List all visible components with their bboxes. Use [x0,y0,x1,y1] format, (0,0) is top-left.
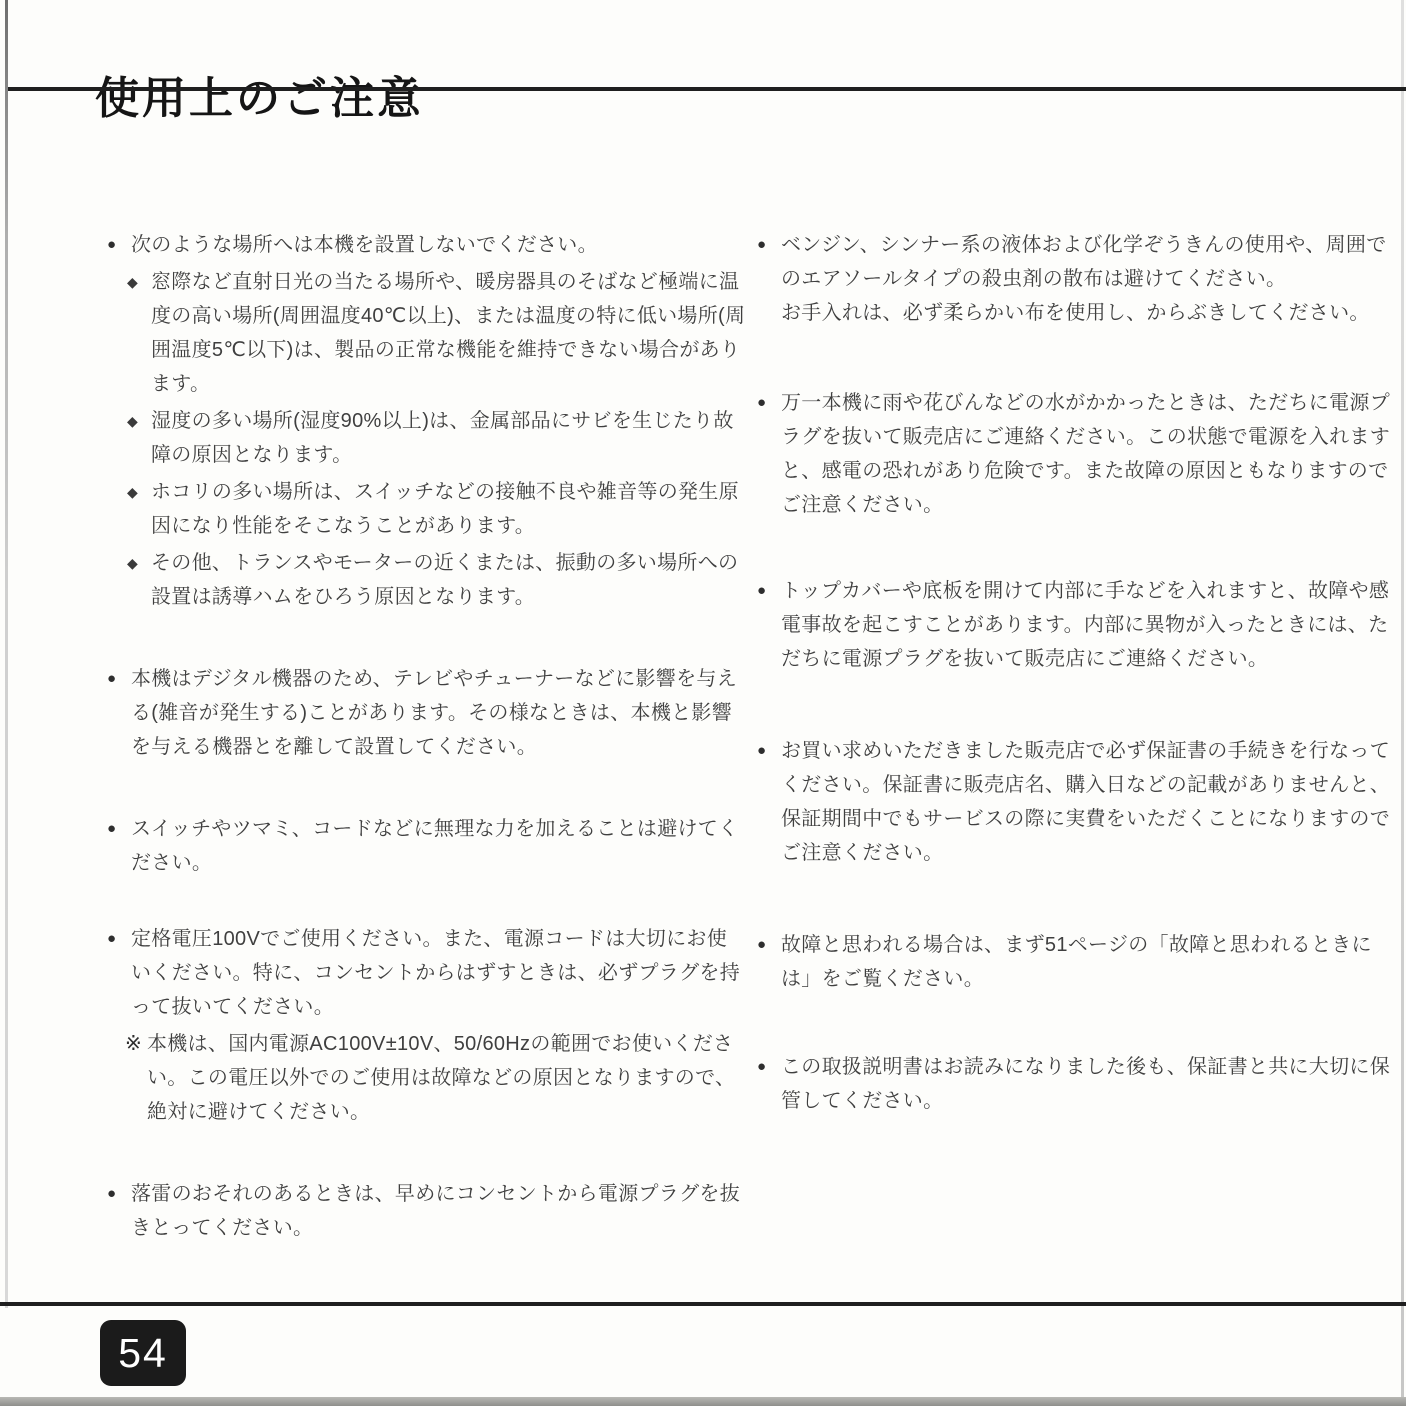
page-number: 54 [118,1330,168,1377]
precaution-text: 本機は、国内電源AC100V±10V、50/60Hzの範囲でお使いください。この… [147,1027,747,1129]
precaution-text: 本機はデジタル機器のため、テレビやチューナーなどに影響を与える(雑音が発生する)… [131,662,747,764]
bullet-icon: ● [757,928,781,962]
precaution-text-line2: お手入れは、必ず柔らかい布を使用し、からぶきしてください。 [781,302,1370,324]
bullet-icon: ● [107,228,131,262]
precaution-item: ● スイッチやツマミ、コードなどに無理な力を加えることは避けてください。 [107,812,747,880]
scan-edge-left [5,0,8,1308]
precaution-item: ● 本機はデジタル機器のため、テレビやチューナーなどに影響を与える(雑音が発生す… [107,662,747,764]
diamond-icon: ◆ [127,546,151,580]
left-column: ● 次のような場所へは本機を設置しないでください。 ◆ 窓際など直射日光の当たる… [107,228,747,1245]
bullet-icon: ● [757,1050,781,1084]
precaution-text: お買い求めいただきました販売店で必ず保証書の手続きを行なってください。保証書に販… [781,734,1397,870]
precaution-item: ● 落雷のおそれのあるときは、早めにコンセントから電源プラグを抜きとってください… [107,1177,747,1245]
precaution-text-line1: ベンジン、シンナー系の液体および化学ぞうきんの使用や、周囲でのエアソールタイプの… [781,234,1387,290]
precaution-text: 万一本機に雨や花びんなどの水がかかったときは、ただちに電源プラグを抜いて販売店に… [781,386,1397,522]
bullet-icon: ● [757,228,781,262]
bullet-icon: ● [107,922,131,956]
precaution-text: スイッチやツマミ、コードなどに無理な力を加えることは避けてください。 [131,812,747,880]
precaution-text: その他、トランスやモーターの近くまたは、振動の多い場所への設置は誘導ハムをひろう… [151,546,747,614]
bullet-icon: ● [757,574,781,608]
precaution-note: ※ 本機は、国内電源AC100V±10V、50/60Hzの範囲でお使いください。… [125,1027,747,1129]
page-number-badge: 54 [100,1320,186,1386]
diamond-icon: ◆ [127,265,151,299]
bullet-icon: ● [107,662,131,696]
precaution-item: ● 次のような場所へは本機を設置しないでください。 [107,228,747,262]
precaution-group-power: ● 定格電圧100Vでご使用ください。また、電源コードは大切にお使いください。特… [107,922,747,1129]
bullet-icon: ● [107,1177,131,1211]
bullet-icon: ● [107,812,131,846]
precaution-item: ● ベンジン、シンナー系の液体および化学ぞうきんの使用や、周囲でのエアソールタイ… [757,228,1397,330]
precaution-item: ● トップカバーや底板を開けて内部に手などを入れますと、故障や感電事故を起こすこ… [757,574,1397,676]
precaution-subitem: ◆ その他、トランスやモーターの近くまたは、振動の多い場所への設置は誘導ハムをひ… [127,546,747,614]
precaution-text: この取扱説明書はお読みになりました後も、保証書と共に大切に保管してください。 [781,1050,1397,1118]
bullet-icon: ● [757,734,781,768]
diamond-icon: ◆ [127,475,151,509]
bullet-icon: ● [757,386,781,420]
scan-edge-bottom [0,1397,1406,1406]
precaution-item: ● 故障と思われる場合は、まず51ページの「故障と思われるときには」をご覧くださ… [757,928,1397,996]
title-divider [8,87,1406,91]
precaution-item: ● この取扱説明書はお読みになりました後も、保証書と共に大切に保管してください。 [757,1050,1397,1118]
scan-edge-right [1401,0,1404,1406]
precaution-text: ホコリの多い場所は、スイッチなどの接触不良や雑音等の発生原因になり性能をそこなう… [151,475,747,543]
footer-divider [0,1302,1406,1306]
right-column: ● ベンジン、シンナー系の液体および化学ぞうきんの使用や、周囲でのエアソールタイ… [757,228,1397,1245]
reference-mark-icon: ※ [125,1027,147,1061]
precaution-text: 定格電圧100Vでご使用ください。また、電源コードは大切にお使いください。特に、… [131,922,747,1024]
precaution-item: ● お買い求めいただきました販売店で必ず保証書の手続きを行なってください。保証書… [757,734,1397,870]
precaution-subitem: ◆ ホコリの多い場所は、スイッチなどの接触不良や雑音等の発生原因になり性能をそこ… [127,475,747,543]
precaution-subitem: ◆ 窓際など直射日光の当たる場所や、暖房器具のそばなど極端に温度の高い場所(周囲… [127,265,747,401]
manual-content: ● 次のような場所へは本機を設置しないでください。 ◆ 窓際など直射日光の当たる… [107,228,1397,1245]
precaution-item: ● 万一本機に雨や花びんなどの水がかかったときは、ただちに電源プラグを抜いて販売… [757,386,1397,522]
precaution-text: 次のような場所へは本機を設置しないでください。 [131,228,747,262]
precaution-text: 落雷のおそれのあるときは、早めにコンセントから電源プラグを抜きとってください。 [131,1177,747,1245]
precaution-item: ● 定格電圧100Vでご使用ください。また、電源コードは大切にお使いください。特… [107,922,747,1024]
precaution-text: トップカバーや底板を開けて内部に手などを入れますと、故障や感電事故を起こすことが… [781,574,1397,676]
page-title: 使用上のご注意 [95,62,424,126]
diamond-icon: ◆ [127,404,151,438]
precaution-subitem: ◆ 湿度の多い場所(湿度90%以上)は、金属部品にサビを生じたり故障の原因となり… [127,404,747,472]
precaution-text: 故障と思われる場合は、まず51ページの「故障と思われるときには」をご覧ください。 [781,928,1397,996]
precaution-text: 窓際など直射日光の当たる場所や、暖房器具のそばなど極端に温度の高い場所(周囲温度… [151,265,747,401]
precaution-text: 湿度の多い場所(湿度90%以上)は、金属部品にサビを生じたり故障の原因となります… [151,404,747,472]
precaution-group-placement: ● 次のような場所へは本機を設置しないでください。 ◆ 窓際など直射日光の当たる… [107,228,747,614]
precaution-text: ベンジン、シンナー系の液体および化学ぞうきんの使用や、周囲でのエアソールタイプの… [781,228,1397,330]
